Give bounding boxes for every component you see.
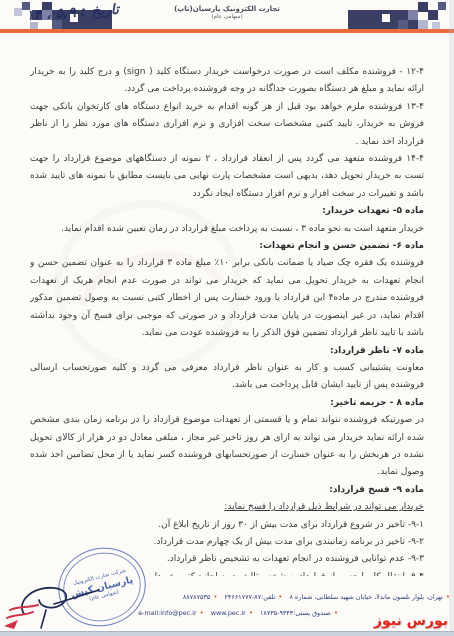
footer-address-line: •تهران، بلوار نلسون ماندلا، خیابان شهید … — [110, 590, 450, 606]
contract-body: ۱۲-۴ - فروشنده مکلف است در صورت درخواست … — [30, 64, 424, 576]
article-6-paragraph: فروشنده یک فقره چک صیاد یا ضمانت بانکی ب… — [30, 255, 424, 342]
article-7-paragraph: معاونت پشتیبانی کسب و کار به عنوان ناظر … — [30, 360, 424, 395]
article-8-paragraph: در صورتیکه فروشنده نتواند تمام و یا قسمت… — [30, 412, 424, 482]
bullet-separator: • — [446, 593, 450, 601]
footer-po-box: صندوق پستی:۹۳۴۳-۱۸۷۳۵ — [260, 609, 331, 617]
scan-edge-right — [449, 0, 454, 636]
bullet-separator: • — [200, 609, 204, 617]
footer-website: www.pec.ir — [211, 609, 246, 617]
footer-phone: تلفن:۸۷-۲۴۶۶۱۷۷۷ — [224, 593, 275, 601]
article-5-heading: ماده ۵- تعهدات خریدار: — [30, 203, 424, 220]
clause-4-12: ۱۲-۴ - فروشنده مکلف است در صورت درخواست … — [30, 64, 424, 99]
bullet-separator: • — [249, 609, 253, 617]
clause-4-13: ۱۳-۴ فروشنده ملزم خواهد بود قبل از هر گو… — [30, 99, 424, 151]
article-8-heading: ماده ۸ - جریمه تاخیر: — [30, 395, 424, 412]
article-7-heading: ماده ۷- ناظر قرارداد: — [30, 343, 424, 360]
footer-address: تهران، بلوار نلسون ماندلا، خیابان شهید س… — [289, 593, 442, 601]
article-9-heading: ماده ۹- فسخ قرارداد: — [30, 482, 424, 499]
termination-item-9-1: ۹-۱- تاخیر در شروع قرارداد برای مدت بیش … — [30, 517, 424, 534]
article-5-paragraph: خریدار متعهد است به نحو ماده ۳ ، نسبت به… — [30, 221, 424, 238]
bullet-separator: • — [278, 593, 282, 601]
bourse-news-watermark: بورس نیوز — [374, 613, 448, 629]
clause-4-14: ۱۴-۴ فروشنده متعهد می گردد پس از انعقاد … — [30, 151, 424, 203]
bullet-separator: • — [213, 593, 217, 601]
bullet-separator: • — [334, 609, 338, 617]
red-ink-mark — [2, 602, 44, 630]
scanned-contract-page: تجارت الکترونیک پارسیان(تاپ) (سهامی عام)… — [0, 0, 454, 636]
article-9-intro: خریدار می تواند در شرایط ذیل قرارداد را … — [30, 499, 424, 516]
article-6-heading: ماده ۶- تضمین حسن و انجام تعهدات: — [30, 238, 424, 255]
header-divider-rule — [0, 29, 454, 33]
footer-phone-secondary: ۸۸۷۸۷۵۳۵ — [183, 593, 210, 601]
termination-item-9-2: ۹-۲- تاخیر در برنامه زمانبندی برای مدت ب… — [30, 534, 424, 551]
